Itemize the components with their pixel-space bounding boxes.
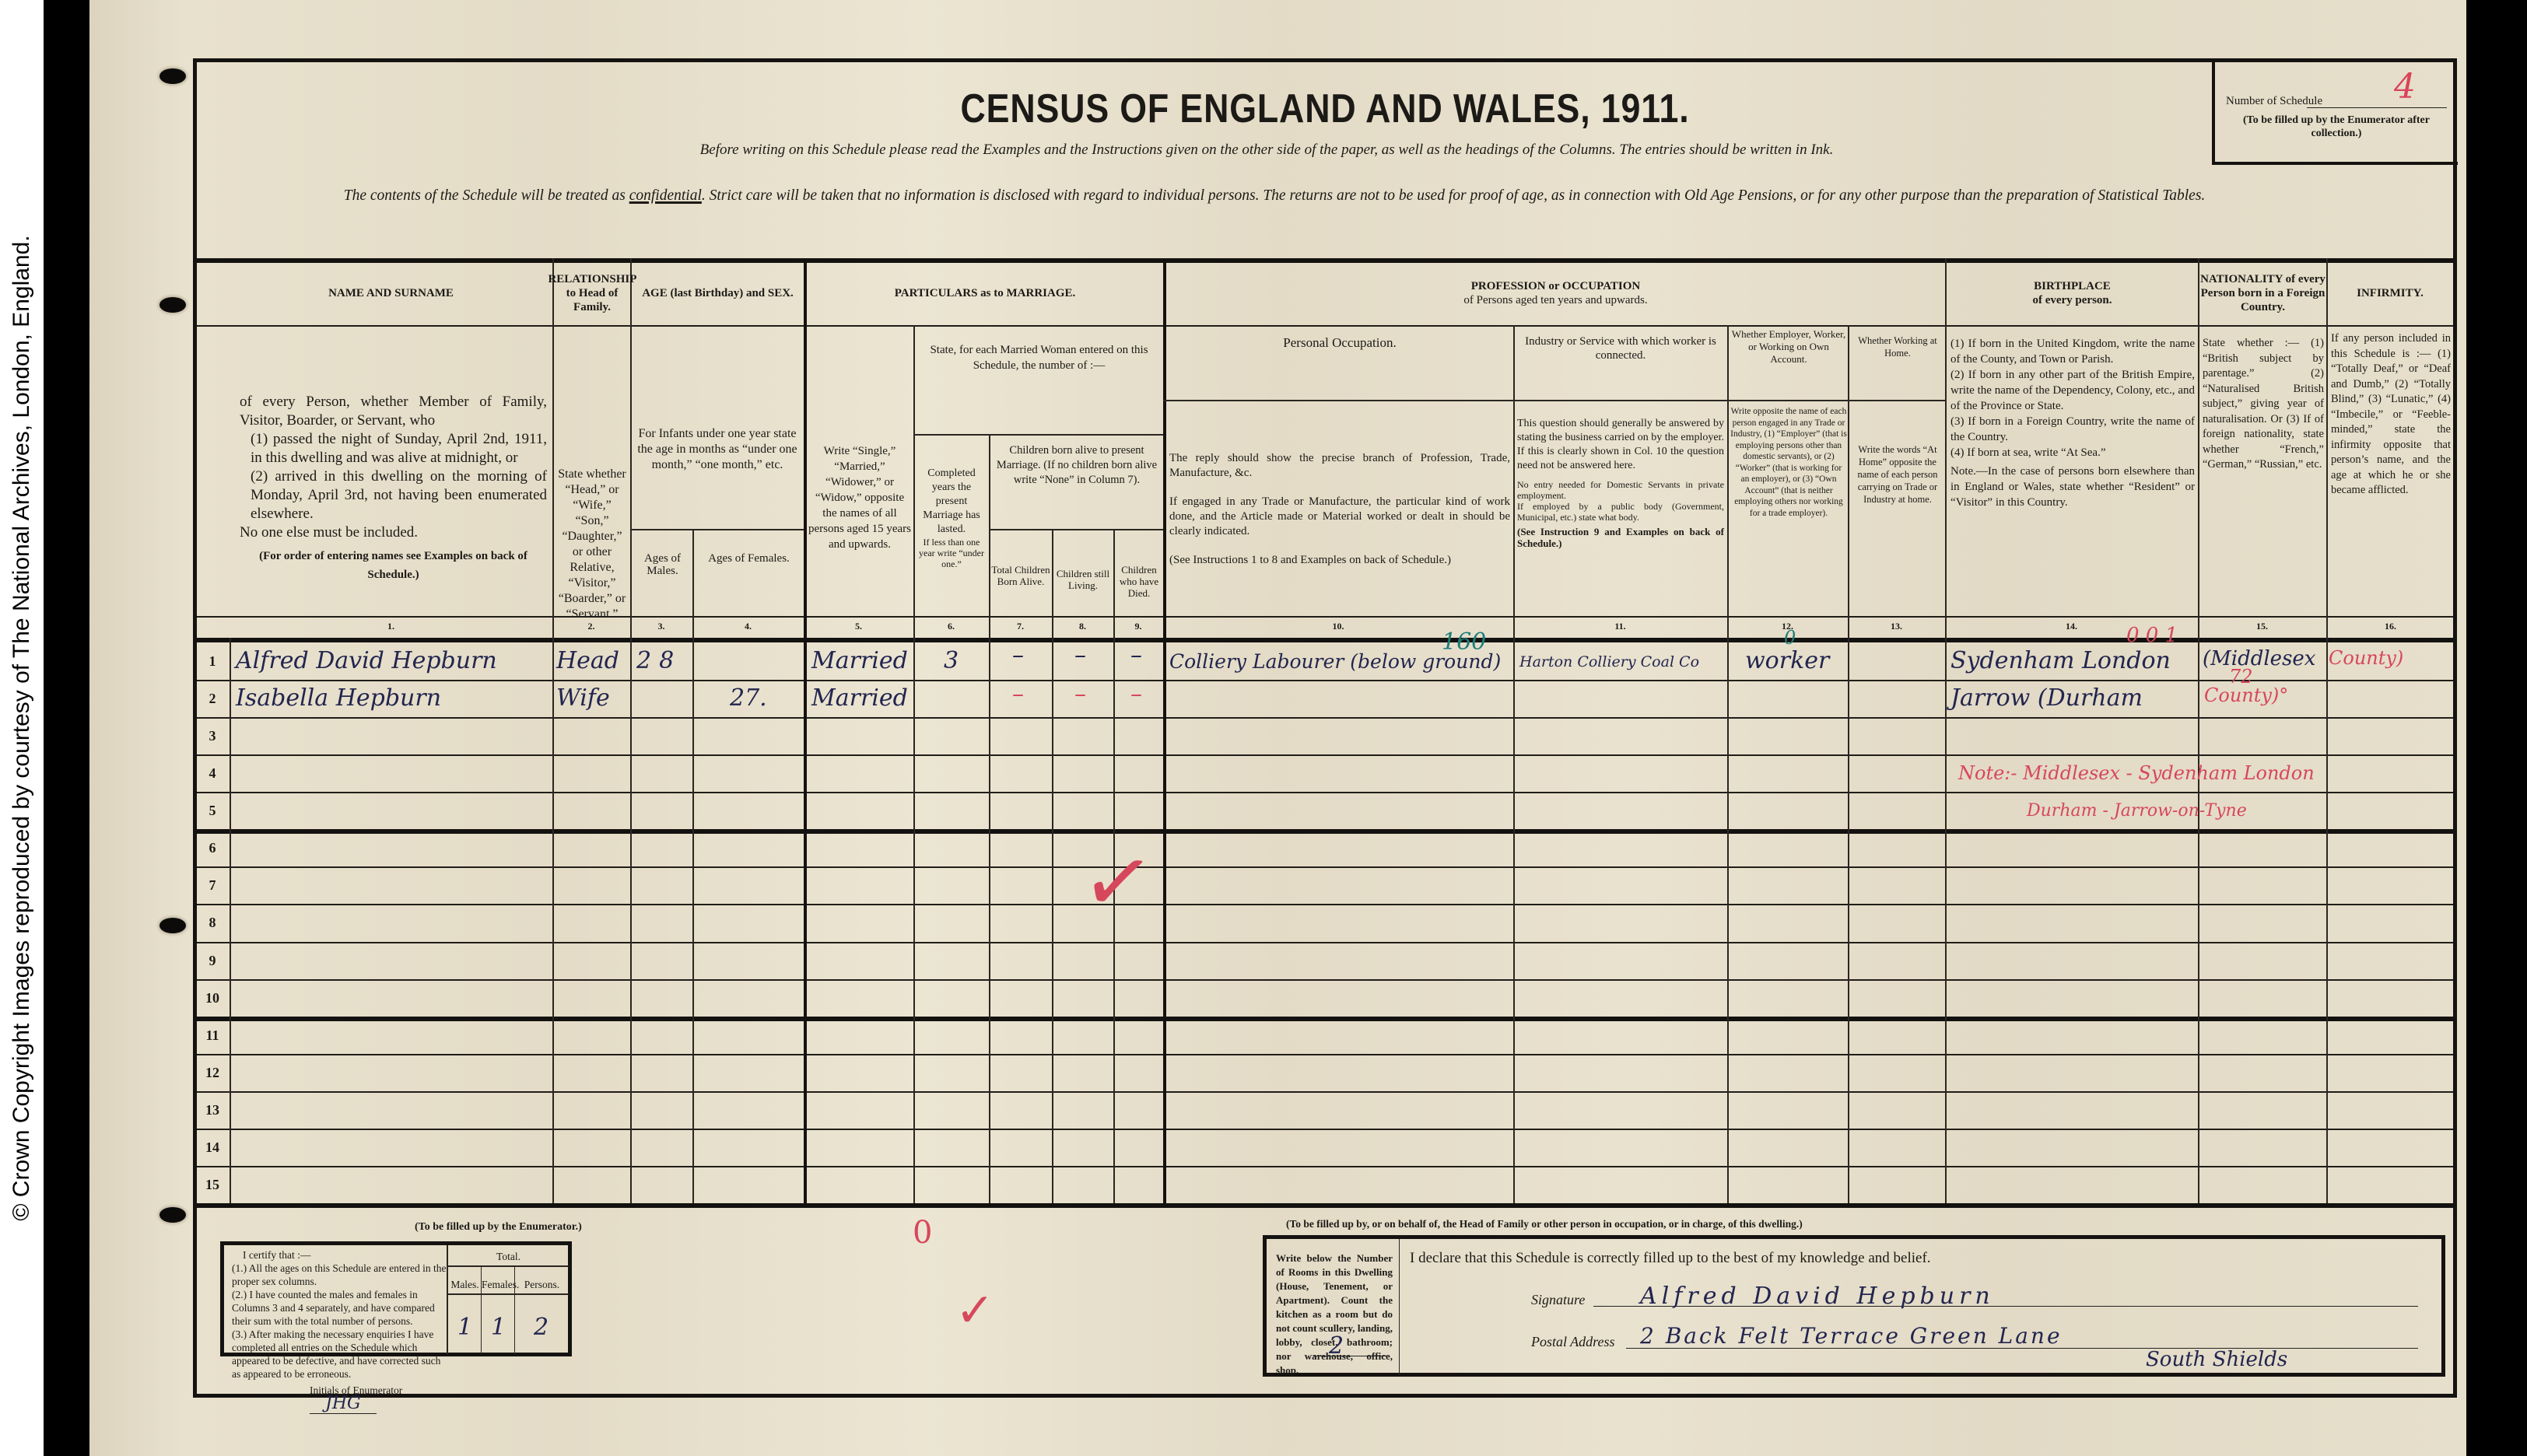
row-rule (197, 792, 2453, 793)
employer-description: Write opposite the name of each person e… (1730, 406, 1847, 519)
column-number: 7. (989, 621, 1052, 632)
header-rule (197, 325, 2453, 327)
row-number: 4 (197, 765, 228, 782)
children-subrule (989, 529, 1163, 530)
row-number: 3 (197, 728, 228, 744)
entry-1-employer-status[interactable]: worker (1745, 647, 1829, 674)
copyright-strip: © Crown Copyright Images reproduced by c… (0, 0, 44, 1456)
entry-2-birthplace[interactable]: Jarrow (Durham (1950, 684, 2143, 712)
entry-2-nationality[interactable]: County)° (2204, 684, 2288, 706)
enumerator-heading: (To be filled up by the Enumerator.) (415, 1221, 582, 1234)
industry-description: This question should generally be answer… (1517, 417, 1724, 549)
entry-2-name[interactable]: Isabella Hepburn (236, 684, 441, 712)
entry-2-marital[interactable]: Married (811, 684, 908, 712)
row-number: 15 (197, 1177, 228, 1193)
postal-address-line-2[interactable]: South Shields (2146, 1348, 2287, 1371)
row-number: 8 (197, 915, 228, 931)
col-header-age: AGE (last Birthday) and SEX. (632, 261, 804, 325)
row-number: 12 (197, 1065, 228, 1081)
at-home-header: Whether Working at Home. (1851, 334, 1944, 359)
entry-1-occupation-code: 160 (1442, 628, 1486, 656)
zero-mark: 0 (913, 1215, 932, 1251)
total-males[interactable]: 1 (457, 1314, 472, 1341)
row-rule (197, 904, 2453, 905)
marriage-subrule (913, 434, 1163, 436)
row-number: 13 (197, 1102, 228, 1118)
years-married-description: Completed years the present Marriage has… (915, 467, 988, 569)
still-living-label: Children still Living. (1053, 568, 1113, 591)
employer-header: Whether Employer, Worker, or Working on … (1730, 328, 1847, 366)
married-woman-instruction: State, for each Married Woman entered on… (917, 342, 1162, 373)
ages-of-males-label: Ages of Males. (634, 552, 691, 577)
rownum-divider (230, 638, 231, 1203)
punch-hole-icon (159, 68, 186, 84)
at-home-description: Write the words “At Home” opposite the n… (1851, 443, 1944, 506)
enumerator-certificate-box: I certify that :— (1.) All the ages on t… (220, 1241, 572, 1356)
entry-1-living[interactable]: – (1074, 642, 1086, 669)
column-number: 8. (1052, 621, 1113, 632)
personal-occupation-description: The reply should show the precise branch… (1169, 451, 1510, 568)
entry-1-years-married[interactable]: 3 (944, 647, 959, 674)
column-number: 16. (2326, 621, 2455, 632)
signature-value[interactable]: Alfred David Hepburn (1640, 1283, 1995, 1310)
column-number: 6. (913, 621, 989, 632)
entry-2-age-female[interactable]: 27. (730, 684, 767, 712)
column-number: 11. (1513, 621, 1727, 632)
subheader-rule (197, 616, 2453, 618)
col-divider (804, 258, 807, 1203)
col-header-marriage: PARTICULARS as to MARRIAGE. (807, 261, 1163, 325)
entry-1-employer-code: 0 (1784, 627, 1796, 649)
entry-2-relationship[interactable]: Wife (556, 684, 610, 712)
name-col-description: of every Person, whether Member of Famil… (240, 393, 547, 584)
col-divider (2326, 258, 2328, 1203)
entry-1-infirmity[interactable]: County) (2329, 647, 2403, 669)
entry-2-died[interactable]: – (1130, 681, 1142, 708)
entry-1-died[interactable]: – (1130, 642, 1142, 669)
entry-1-relationship[interactable]: Head (556, 647, 619, 674)
schedule-number-label: Number of Schedule (2226, 95, 2322, 108)
col-divider (1848, 325, 1849, 1203)
row-rule (197, 829, 2453, 834)
row-rule (197, 754, 2453, 756)
row-number: 7 (197, 877, 228, 894)
col-divider (630, 258, 632, 1203)
copyright-notice: © Crown Copyright Images reproduced by c… (9, 235, 35, 1220)
col-divider (2198, 258, 2199, 1203)
confidentiality-notice: The contents of the Schedule will be tre… (212, 185, 2336, 207)
persons-label: Persons. (515, 1278, 569, 1291)
industry-header: Industry or Service with which worker is… (1517, 334, 1724, 362)
entry-1-born-alive[interactable]: – (1012, 642, 1024, 669)
birthplace-description: (1) If born in the United Kingdom, write… (1950, 336, 2195, 510)
ages-of-females-label: Ages of Females. (696, 552, 802, 565)
age-col-description: For Infants under one year state the age… (634, 426, 801, 473)
col-divider (913, 325, 915, 1203)
row-rule (197, 1166, 2453, 1167)
col-divider (989, 434, 990, 1203)
certificate-text: I certify that :— (1.) All the ages on t… (232, 1248, 447, 1412)
schedule-number-value[interactable]: 4 (2394, 67, 2416, 107)
total-label: Total. (448, 1250, 569, 1263)
enumerator-initials[interactable]: JHG (310, 1394, 377, 1414)
col-divider (1513, 325, 1515, 1203)
col-divider (1727, 325, 1729, 1203)
birthplace-note-line-1: Note:- Middlesex - Sydenham London (1958, 762, 2315, 784)
entry-1-birthplace[interactable]: Sydenham London (1950, 647, 2171, 674)
col-header-relationship: RELATIONSHIP to Head of Family. (554, 261, 630, 325)
punch-hole-icon (159, 1207, 186, 1223)
have-died-label: Children who have Died. (1116, 564, 1162, 599)
check-mark-icon: ✓ (955, 1283, 994, 1338)
age-subrule (630, 529, 804, 530)
declaration-text: I declare that this Schedule is correctl… (1410, 1250, 1931, 1267)
total-females[interactable]: 1 (491, 1314, 506, 1341)
entry-2-nationality-code: 72 (2229, 666, 2253, 688)
head-of-family-heading: (To be filled up by, or on behalf of, th… (1286, 1218, 1803, 1230)
confidential-word: confidential (629, 187, 702, 204)
relationship-col-description: State whether “Head,” or “Wife,” “Son,” … (556, 467, 628, 622)
row-number: 1 (197, 653, 228, 670)
children-description: Children born alive to present Marriage.… (992, 443, 1162, 488)
row-number: 11 (197, 1027, 228, 1044)
head-of-family-box: Write below the Number of Rooms in this … (1263, 1235, 2445, 1377)
row-rule (197, 979, 2453, 981)
column-number: 13. (1848, 621, 1945, 632)
check-mark-icon: ✓ (1076, 828, 1161, 936)
profession-subrule (1163, 400, 1945, 401)
postal-address-label: Postal Address (1531, 1334, 1615, 1350)
column-number: 2. (552, 621, 630, 632)
females-label: Females. (482, 1278, 515, 1291)
row-rule (197, 866, 2453, 868)
row-number: 10 (197, 990, 228, 1006)
row-number: 9 (197, 953, 228, 969)
row-rule (197, 942, 2453, 943)
col-divider (1945, 258, 1947, 1203)
row-rule (197, 1129, 2453, 1130)
census-schedule-form: CENSUS OF ENGLAND AND WALES, 1911. Befor… (193, 58, 2457, 1398)
column-number-rule (197, 638, 2453, 642)
row-number: 2 (197, 691, 228, 707)
row-rule (197, 1054, 2453, 1055)
col-header-name: NAME AND SURNAME (230, 261, 552, 325)
birthplace-note-line-2: Durham - Jarrow-on-Tyne (2027, 801, 2247, 821)
col-header-infirmity: INFIRMITY. (2328, 261, 2452, 325)
punch-hole-icon (159, 297, 186, 313)
col-divider (552, 258, 554, 1203)
personal-occupation-header: Personal Occupation. (1169, 336, 1510, 349)
table-bottom-rule (197, 1203, 2453, 1208)
row-number: 5 (197, 803, 228, 819)
entry-1-age-male[interactable]: 28 (636, 647, 682, 674)
schedule-number-box: Number of Schedule 4 (To be filled up by… (2212, 62, 2458, 165)
marital-col-description: Write “Single,” “Married,” “Widower,” or… (808, 443, 912, 552)
born-alive-label: Total Children Born Alive. (991, 564, 1050, 587)
row-number: 6 (197, 840, 228, 856)
column-number: 5. (804, 621, 913, 632)
entry-1-marital[interactable]: Married (811, 647, 908, 674)
col-header-birthplace: BIRTHPLACE of every person. (1947, 261, 2198, 325)
entry-1-birthplace-code: 0 0 1 (2126, 624, 2178, 647)
row-number: 14 (197, 1139, 228, 1156)
row-rule (197, 1091, 2453, 1093)
nationality-description: State whether :— (1) “British subject by… (2203, 336, 2324, 473)
row-rule (197, 680, 2453, 681)
column-number: 3. (630, 621, 692, 632)
scan-border (2466, 0, 2527, 1456)
total-persons[interactable]: 2 (534, 1314, 549, 1341)
entry-1-name[interactable]: Alfred David Hepburn (236, 647, 497, 674)
instruction-text: Before writing on this Schedule please r… (197, 142, 2336, 159)
page-title: CENSUS OF ENGLAND AND WALES, 1911. (355, 86, 2295, 132)
column-number: 9. (1113, 621, 1163, 632)
entry-2-living[interactable]: – (1074, 681, 1086, 708)
column-number: 1. (230, 621, 552, 632)
punch-hole-icon (159, 918, 186, 933)
schedule-number-line (2307, 107, 2447, 108)
males-label: Males. (448, 1278, 482, 1291)
column-number: 4. (692, 621, 804, 632)
col-header-profession: PROFESSION or OCCUPATION of Persons aged… (1166, 261, 1945, 325)
entry-2-born-alive[interactable]: – (1012, 681, 1024, 708)
infirmity-description: If any person included in this Schedule … (2331, 331, 2451, 499)
column-number: 15. (2198, 621, 2326, 632)
row-rule (197, 1017, 2453, 1021)
signature-label: Signature (1531, 1292, 1585, 1308)
row-rule (197, 717, 2453, 719)
schedule-number-note: (To be filled up by the Enumerator after… (2221, 114, 2452, 140)
postal-address-line-1[interactable]: 2 Back Felt Terrace Green Lane (1640, 1323, 2063, 1349)
col-header-nationality: NATIONALITY of every Person born in a Fo… (2199, 261, 2326, 325)
entry-1-industry[interactable]: Harton Colliery Coal Co (1519, 653, 1699, 670)
entry-1-nationality[interactable]: (Middlesex (2203, 647, 2315, 670)
